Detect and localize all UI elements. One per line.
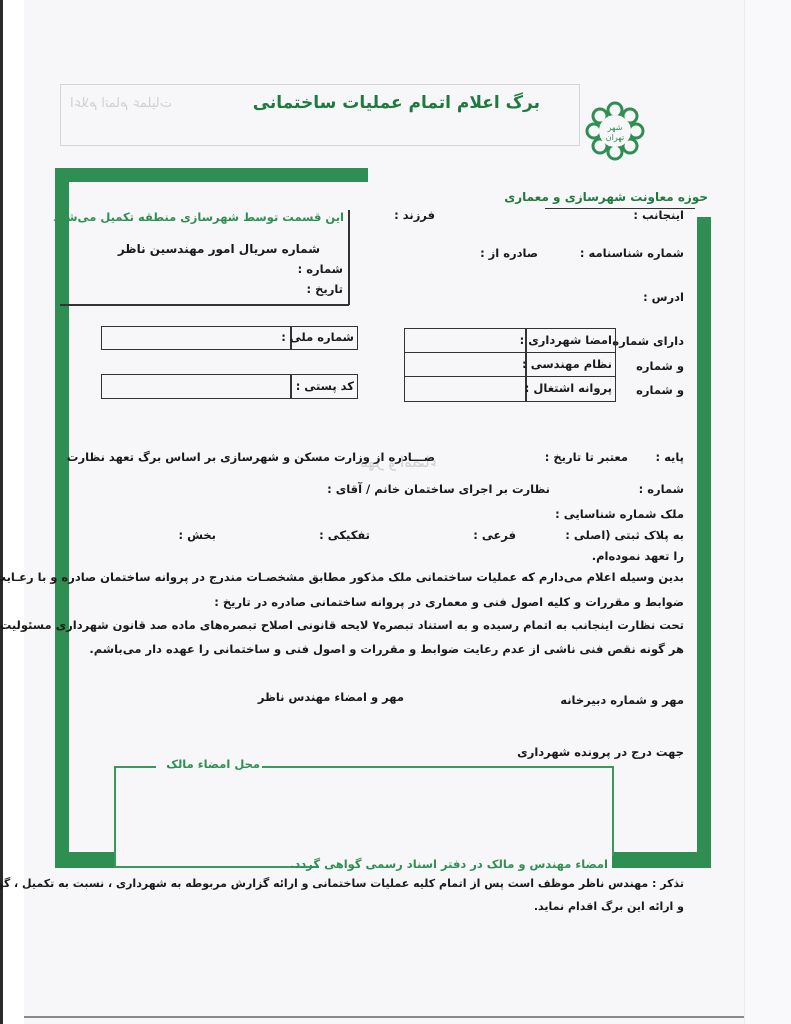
region-date-label: تاریخ : xyxy=(307,282,343,296)
owner-box-right xyxy=(612,766,614,856)
frame-bottom-left xyxy=(55,852,115,868)
declaration-line-2: ضوابط و مقررات و کلیه اصول فنی و معماری … xyxy=(214,591,684,614)
scan-edge xyxy=(0,0,3,1024)
sub-plate-label: فرعی : xyxy=(473,528,516,542)
serial-number-title: شماره سریال امور مهندسین ناظر xyxy=(118,242,320,256)
frame-top-bar xyxy=(55,168,368,182)
department-name: حوزه معاونت شهرسازی و معماری xyxy=(504,190,708,204)
municipality-signature-label: امضا شهرداری : xyxy=(520,333,612,347)
page-margin xyxy=(744,0,791,1024)
valid-until-label: معتبر تا تاریخ : xyxy=(545,450,628,464)
owner-box-bottom xyxy=(114,866,319,868)
form-title: برگ اعلام اتمام عملیات ساختمانی xyxy=(253,93,540,113)
region-box-right-edge xyxy=(348,210,350,305)
frame-right-bar xyxy=(697,217,711,867)
declaration-line-4: هر گونه نقص فنی ناشی از عدم رعایت ضوابط … xyxy=(89,638,684,661)
holder-number-label: دارای شماره xyxy=(612,334,684,348)
id-number-label: شماره شناسنامه : xyxy=(580,246,684,260)
frame-left-bar xyxy=(55,168,69,868)
region-box-bottom-edge xyxy=(60,304,349,306)
supervision-number-label: شماره : xyxy=(639,482,684,496)
committed-text: را تعهد نموده‌ام. xyxy=(592,549,684,563)
owner-box-top-right xyxy=(262,766,614,768)
notary-certification-note: امضاء مهندس و مالک در دفتر اسناد رسمی گو… xyxy=(290,857,608,871)
reminder-line-2: و ارائه این برگ اقدام نماید. xyxy=(534,900,684,913)
svg-text:ﺷﻬﺮ: ﺷﻬﺮ xyxy=(607,123,623,132)
frame-bottom-right xyxy=(612,852,711,868)
owner-box-top-left xyxy=(114,766,156,768)
father-name-label: فرزند : xyxy=(394,208,435,222)
issued-by-text: صـــادره از وزارت مسکن و شهرسازی بر اساس… xyxy=(67,450,435,464)
and-number-label-1: و شماره xyxy=(636,359,684,373)
declaration-line-3: تحت نظارت اینجانب به اتمام رسیده و به اس… xyxy=(0,614,684,637)
municipality-file-note: جهت درج در پرونده شهرداری xyxy=(517,745,684,759)
separated-plate-label: تفکیکی : xyxy=(319,528,370,542)
grade-label: پایه : xyxy=(655,450,684,464)
bleed-through-text: ﺍﻋﻼﻡ ﺍﺗﻤﺎﻡ ﻋﻤﻠﻴﺎﺕ xyxy=(70,96,172,111)
employment-license-label: پروانه اشتغال : xyxy=(525,381,612,395)
property-id-label: ملک شماره شناسایی : xyxy=(555,507,684,521)
postal-code-divider xyxy=(290,374,292,399)
building-supervision-label: نظارت بر اجرای ساختمان خانم / آقای : xyxy=(327,482,550,496)
reminder-line-1: تذکر : مهندس ناظر موظف است پس از اتمام ک… xyxy=(0,877,684,890)
engineering-system-label: نظام مهندسی : xyxy=(522,357,612,371)
svg-text:ﺗﻬﺮﺍﻥ: ﺗﻬﺮﺍﻥ xyxy=(606,133,624,142)
and-number-label-2: و شماره xyxy=(636,383,684,397)
postal-code-label: کد پستی : xyxy=(296,379,354,393)
page-bottom-edge xyxy=(24,1016,744,1018)
applicant-name-label: اینجانب : xyxy=(633,208,684,222)
region-number-label: شماره : xyxy=(298,262,343,276)
section-label: بخش : xyxy=(179,528,216,542)
secretariat-stamp-label: مهر و شماره دبیرخانه xyxy=(560,693,684,707)
national-id-label: شماره ملی : xyxy=(281,330,354,344)
owner-box-left xyxy=(114,766,116,866)
region-box-note: این قسمت توسط شهرسازی منطقه تکمیل می‌شود xyxy=(53,210,344,224)
plate-main-label: به پلاک ثبتی (اصلی : xyxy=(565,528,684,542)
engineer-stamp-label: مهر و امضاء مهندس ناظر xyxy=(258,690,404,704)
declaration-line-1: بدین وسیله اعلام می‌دارم که عملیات ساختم… xyxy=(0,566,684,589)
tehran-municipality-logo-icon: ﺷﻬﺮ ﺗﻬﺮﺍﻥ xyxy=(584,100,646,162)
issued-from-label: صادره از : xyxy=(480,246,538,260)
address-label: ادرس : xyxy=(643,290,684,304)
owner-signature-area-label: محل امضاء مالک xyxy=(166,757,260,771)
